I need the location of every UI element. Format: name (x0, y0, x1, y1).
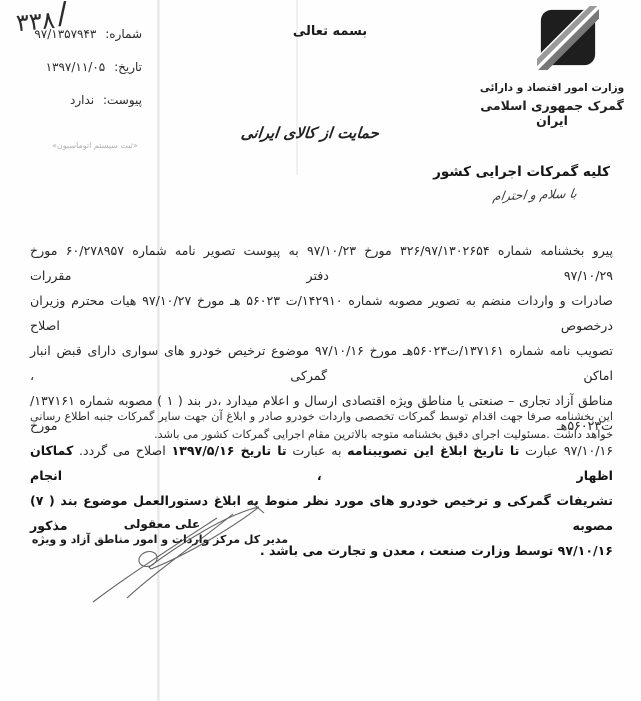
salutation-line: با سلام و احترام (492, 185, 578, 203)
campaign-slogan: حمایت از کالای ایرانی (229, 124, 391, 142)
letter-meta-block: شماره: ۹۷/۱۳۵۷۹۴۳ تاریخ: ۱۳۹۷/۱۱/۰۵ پیوس… (14, 27, 142, 126)
body-line: صادرات و واردات منضم به تصویر مصوبه شمار… (30, 288, 613, 338)
letter-date-value: ۱۳۹۷/۱۱/۰۵ (46, 60, 106, 74)
body-line: خواهد داشت .مسئولیت اجرای دقیق بخشنامه م… (30, 426, 613, 444)
pen-signature-scribble-icon (75, 492, 275, 617)
letter-date-row: تاریخ: ۱۳۹۷/۱۱/۰۵ (14, 60, 142, 74)
organization-name: گمرک جمهوری اسلامی ایران (467, 98, 637, 128)
body-line: پیرو بخشنامه شماره ۳۲۶/۹۷/۱۳۰۲۶۵۴ مورخ ۹… (30, 238, 613, 288)
letter-attachment-label: پیوست: (103, 93, 142, 107)
ministry-name: وزارت امور اقتصاد و دارائی (467, 82, 637, 94)
body-line: این بخشنامه صرفا جهت اقدام توسط گمرکات ت… (30, 408, 613, 426)
letter-page: ۳۳۸/ شماره: ۹۷/۱۳۵۷۹۴۳ تاریخ: ۱۳۹۷/۱۱/۰۵… (0, 0, 641, 701)
bismillah-heading: بسمه تعالی (255, 24, 405, 39)
automation-note: «ثبت سیستم اتوماسیون» (52, 141, 138, 150)
body-line: تصویب نامه شماره ۱۳۷۱۶۱/ت۵۶۰۲۳هـ مورخ ۹۷… (30, 338, 613, 388)
body-line: ۹۷/۱۰/۱۶ عبارت تا تاریخ ابلاغ این تصویبن… (30, 438, 613, 488)
recipient-line: کلیه گمرکات اجرایی کشور (433, 164, 610, 180)
letter-date-label: تاریخ: (114, 60, 142, 74)
letter-number-label: شماره: (105, 27, 142, 41)
organization-block: وزارت امور اقتصاد و دارائی گمرک جمهوری ا… (467, 82, 637, 128)
letter-attachment-row: پیوست: ندارد (14, 93, 142, 107)
letter-attachment-value: ندارد (70, 93, 94, 107)
iran-customs-emblem-icon (537, 6, 599, 70)
letter-number-value: ۹۷/۱۳۵۷۹۴۳ (34, 27, 96, 41)
letter-number-row: شماره: ۹۷/۱۳۵۷۹۴۳ (14, 27, 142, 41)
body-paragraph-footer: این بخشنامه صرفا جهت اقدام توسط گمرکات ت… (30, 408, 613, 444)
